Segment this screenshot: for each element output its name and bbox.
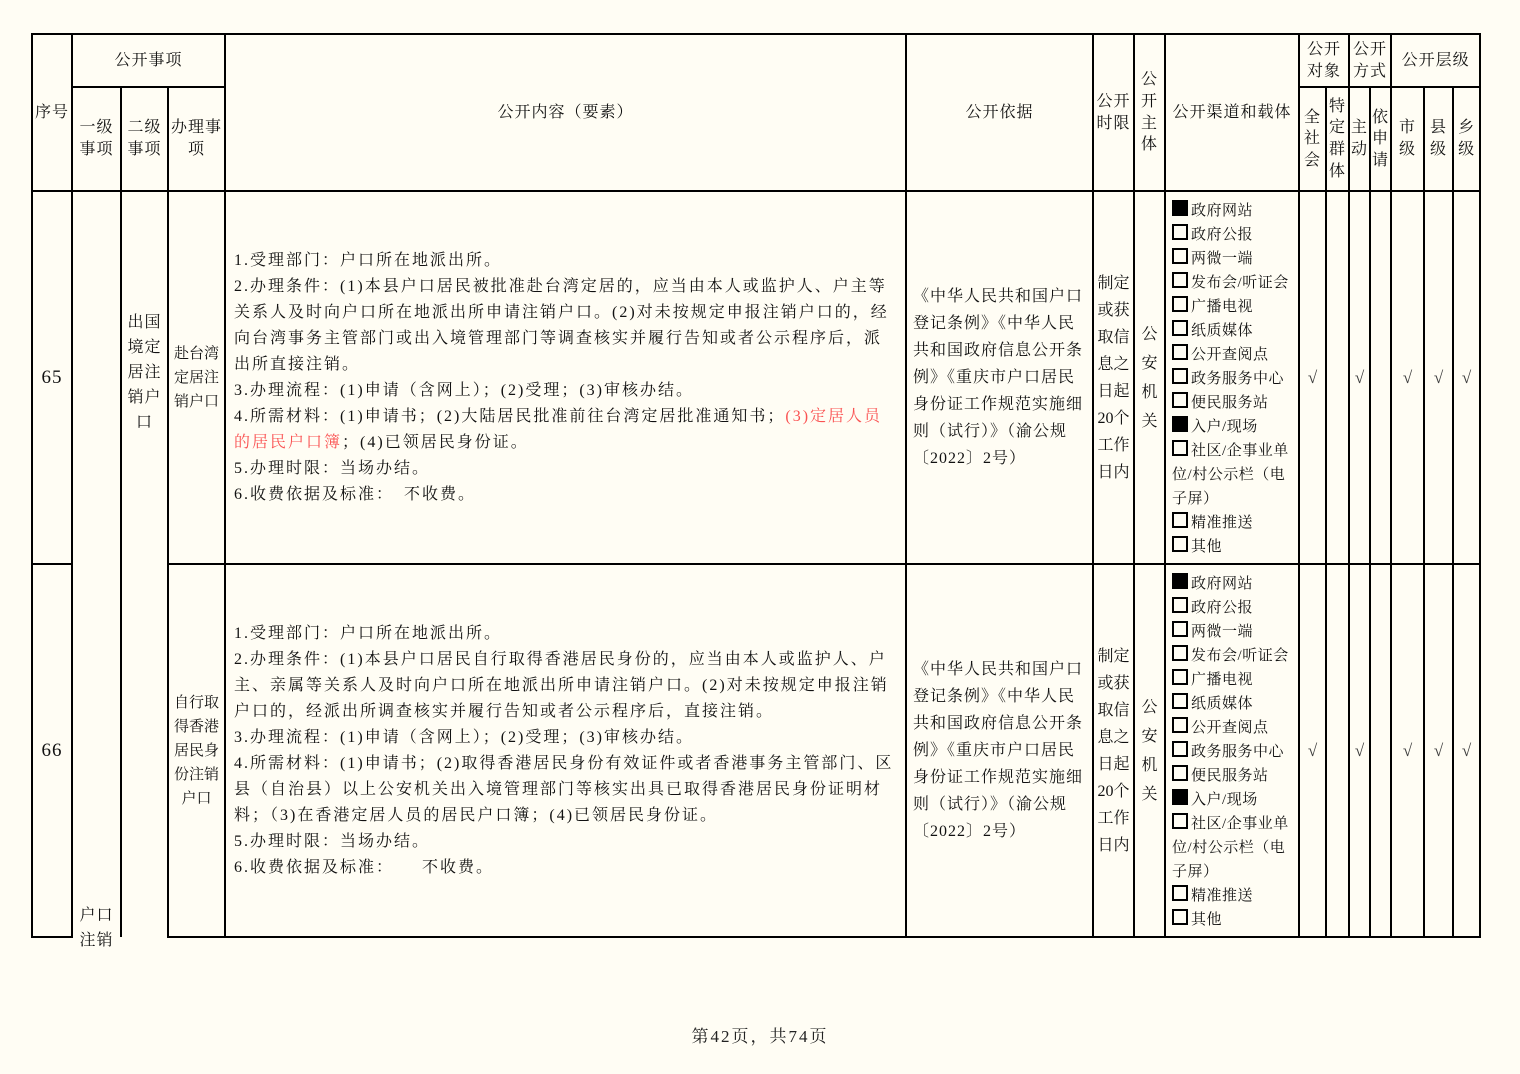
content-text: 1.受理部门：户口所在地派出所。: [234, 625, 502, 642]
col-header-qudao: 公开渠道和载体: [1165, 34, 1299, 191]
content-line: 5.办理时限：当场办结。: [234, 829, 897, 855]
content-text: 6.收费依据及标准： 不收费。: [234, 486, 476, 503]
channel-item: 政务服务中心: [1172, 740, 1295, 764]
channel-item: 两微一端: [1172, 620, 1295, 644]
cell-checkmark: √: [1349, 191, 1370, 564]
channel-item: 入户/现场: [1172, 415, 1295, 439]
cell-checkmark: [1370, 191, 1391, 564]
cell-checkmark: [1370, 564, 1391, 937]
checkbox-unchecked-icon: [1172, 296, 1188, 312]
channel-label: 社区/企事业单位/村公示栏（电子屏）: [1172, 443, 1289, 507]
cell-shixian: 制定或获取信息之日起20个工作日内: [1093, 564, 1134, 937]
cell-checkmark: √: [1391, 564, 1424, 937]
channel-label: 精准推送: [1191, 888, 1253, 904]
channel-item: 精准推送: [1172, 511, 1295, 535]
channel-item: 两微一端: [1172, 247, 1295, 271]
table-header: 序号 公开事项 公开内容（要素） 公开依据 公开时限 公开主体 公开渠道和载体 …: [32, 34, 1480, 191]
cell-checkmark: √: [1299, 564, 1326, 937]
cell-checkmark: √: [1349, 564, 1370, 937]
channel-item: 其他: [1172, 908, 1295, 932]
channel-item: 政务服务中心: [1172, 367, 1295, 391]
header-row-group: 序号 公开事项 公开内容（要素） 公开依据 公开时限 公开主体 公开渠道和载体 …: [32, 34, 1480, 87]
content-text: 3.办理流程：(1)申请（含网上）；(2)受理；(3)审核办结。: [234, 382, 694, 399]
channel-label: 广播电视: [1191, 672, 1253, 688]
content-line: 3.办理流程：(1)申请（含网上）；(2)受理；(3)审核办结。: [234, 378, 897, 404]
checkbox-unchecked-icon: [1172, 368, 1188, 384]
channel-item: 政府公报: [1172, 596, 1295, 620]
col-header-shiji: 市级: [1391, 87, 1424, 191]
content-text: 2.办理条件：(1)本县户口居民被批准赴台湾定居的，应当由本人或监护人、户主等关…: [234, 278, 889, 373]
content-text: 5.办理时限：当场办结。: [234, 460, 430, 477]
cell-banli: 赴台湾定居注销户口: [168, 191, 225, 564]
channel-label: 纸质媒体: [1191, 696, 1253, 712]
channel-item: 发布会/听证会: [1172, 644, 1295, 668]
content-text: 4.所需材料：(1)申请书；(2)取得香港居民身份有效证件或者香港事务主管部门、…: [234, 755, 893, 824]
col-header-yishenqing: 依申请: [1370, 87, 1391, 191]
channel-label: 两微一端: [1191, 624, 1253, 640]
channel-label: 发布会/听证会: [1191, 275, 1289, 291]
disclosure-table-sheet: 序号 公开事项 公开内容（要素） 公开依据 公开时限 公开主体 公开渠道和载体 …: [31, 33, 1481, 938]
channel-label: 精准推送: [1191, 515, 1253, 531]
checkbox-unchecked-icon: [1172, 741, 1188, 757]
content-line: 6.收费依据及标准： 不收费。: [234, 855, 897, 881]
checkbox-unchecked-icon: [1172, 320, 1188, 336]
col-header-yiji: 一级事项: [72, 87, 121, 191]
col-header-fangshi: 公开方式: [1349, 34, 1391, 87]
cell-content: 1.受理部门：户口所在地派出所。2.办理条件：(1)本县户口居民被批准赴台湾定居…: [225, 191, 906, 564]
channel-label: 公开查阅点: [1191, 347, 1269, 363]
content-line: 1.受理部门：户口所在地派出所。: [234, 248, 897, 274]
content-line: 4.所需材料：(1)申请书；(2)取得香港居民身份有效证件或者香港事务主管部门、…: [234, 751, 897, 829]
cell-erji-merged: 出国境定居注销户口: [121, 191, 168, 937]
content-text: 6.收费依据及标准： 不收费。: [234, 859, 494, 876]
col-header-teding: 特定群体: [1326, 87, 1349, 191]
col-header-xianji: 县级: [1424, 87, 1453, 191]
cell-content: 1.受理部门：户口所在地派出所。2.办理条件：(1)本县户口居民自行取得香港居民…: [225, 564, 906, 937]
channel-label: 政务服务中心: [1191, 371, 1284, 387]
cell-checkmark: √: [1391, 191, 1424, 564]
content-text: 2.办理条件：(1)本县户口居民自行取得香港居民身份的，应当由本人或监护人、户主…: [234, 651, 889, 720]
checkbox-unchecked-icon: [1172, 344, 1188, 360]
checkbox-unchecked-icon: [1172, 392, 1188, 408]
col-header-neirong: 公开内容（要素）: [225, 34, 906, 191]
disclosure-table: 序号 公开事项 公开内容（要素） 公开依据 公开时限 公开主体 公开渠道和载体 …: [31, 33, 1481, 938]
checkbox-unchecked-icon: [1172, 645, 1188, 661]
content-line: 5.办理时限：当场办结。: [234, 456, 897, 482]
col-header-shixian: 公开时限: [1093, 34, 1134, 191]
content-line: 2.办理条件：(1)本县户口居民被批准赴台湾定居的，应当由本人或监护人、户主等关…: [234, 274, 897, 378]
content-text: 5.办理时限：当场办结。: [234, 833, 430, 850]
col-header-banli: 办理事项: [168, 87, 225, 191]
channel-label: 政府网站: [1191, 203, 1253, 219]
channel-item: 便民服务站: [1172, 391, 1295, 415]
channel-label: 政务服务中心: [1191, 744, 1284, 760]
channel-item: 政府公报: [1172, 223, 1295, 247]
channel-label: 纸质媒体: [1191, 323, 1253, 339]
channel-label: 便民服务站: [1191, 768, 1269, 784]
content-text: 1.受理部门：户口所在地派出所。: [234, 252, 502, 269]
checkbox-checked-icon: [1172, 416, 1188, 432]
checkbox-unchecked-icon: [1172, 440, 1188, 456]
cell-banli: 自行取得香港居民身份注销户口: [168, 564, 225, 937]
checkbox-unchecked-icon: [1172, 909, 1188, 925]
channel-label: 政府公报: [1191, 600, 1253, 616]
col-header-erji: 二级事项: [121, 87, 168, 191]
channel-label: 广播电视: [1191, 299, 1253, 315]
table-row: 66自行取得香港居民身份注销户口1.受理部门：户口所在地派出所。2.办理条件：(…: [32, 564, 1480, 937]
cell-checkmark: √: [1453, 191, 1480, 564]
checkbox-checked-icon: [1172, 789, 1188, 805]
content-line: 4.所需材料：(1)申请书；(2)大陆居民批准前往台湾定居批准通知书；(3)定居…: [234, 404, 897, 456]
channel-label: 其他: [1191, 539, 1222, 555]
channel-label: 社区/企事业单位/村公示栏（电子屏）: [1172, 816, 1289, 880]
channel-item: 政府网站: [1172, 199, 1295, 223]
checkbox-unchecked-icon: [1172, 248, 1188, 264]
content-line: 6.收费依据及标准： 不收费。: [234, 482, 897, 508]
checkbox-unchecked-icon: [1172, 765, 1188, 781]
channel-label: 其他: [1191, 912, 1222, 928]
channel-item: 公开查阅点: [1172, 343, 1295, 367]
channel-item: 广播电视: [1172, 295, 1295, 319]
col-header-xuhao: 序号: [32, 34, 72, 191]
col-header-zhudong: 主动: [1349, 87, 1370, 191]
checkbox-unchecked-icon: [1172, 693, 1188, 709]
cell-checkmark: [1326, 564, 1349, 937]
cell-yiju: 《中华人民共和国户口登记条例》《中华人民共和国政府信息公开条例》《重庆市户口居民…: [906, 564, 1093, 937]
checkbox-checked-icon: [1172, 573, 1188, 589]
channel-label: 发布会/听证会: [1191, 648, 1289, 664]
content-text: 4.所需材料：(1)申请书；(2)大陆居民批准前往台湾定居批准通知书；: [234, 408, 785, 425]
channel-item: 广播电视: [1172, 668, 1295, 692]
channel-item: 公开查阅点: [1172, 716, 1295, 740]
col-header-duixiang: 公开对象: [1299, 34, 1349, 87]
cell-checkmark: √: [1299, 191, 1326, 564]
channel-item: 纸质媒体: [1172, 319, 1295, 343]
cell-xuhao: 65: [32, 191, 72, 564]
checkbox-unchecked-icon: [1172, 272, 1188, 288]
checkbox-unchecked-icon: [1172, 813, 1188, 829]
cell-qudao: 政府网站政府公报两微一端发布会/听证会广播电视纸质媒体公开查阅点政务服务中心便民…: [1165, 191, 1299, 564]
merged-yiji-label: 户口注销: [73, 903, 120, 953]
col-header-gongkai-shixiang: 公开事项: [72, 34, 225, 87]
channel-item: 其他: [1172, 535, 1295, 559]
channel-item: 精准推送: [1172, 884, 1295, 908]
channel-item: 便民服务站: [1172, 764, 1295, 788]
col-header-yiju: 公开依据: [906, 34, 1093, 191]
cell-checkmark: √: [1424, 191, 1453, 564]
checkbox-unchecked-icon: [1172, 512, 1188, 528]
col-header-quanshehui: 全社会: [1299, 87, 1326, 191]
checkbox-unchecked-icon: [1172, 621, 1188, 637]
channel-item: 纸质媒体: [1172, 692, 1295, 716]
channel-label: 便民服务站: [1191, 395, 1269, 411]
channel-label: 入户/现场: [1191, 419, 1258, 435]
cell-yiji-merged: 户口注销: [72, 191, 121, 937]
channel-item: 入户/现场: [1172, 788, 1295, 812]
channel-label: 两微一端: [1191, 251, 1253, 267]
cell-zhuti: 公安机关: [1134, 191, 1165, 564]
cell-xuhao: 66: [32, 564, 72, 937]
col-header-cengji: 公开层级: [1391, 34, 1480, 87]
page-footer: 第42页，共74页: [0, 1022, 1520, 1047]
table-row: 65户口注销出国境定居注销户口赴台湾定居注销户口1.受理部门：户口所在地派出所。…: [32, 191, 1480, 564]
checkbox-checked-icon: [1172, 200, 1188, 216]
cell-checkmark: √: [1424, 564, 1453, 937]
cell-qudao: 政府网站政府公报两微一端发布会/听证会广播电视纸质媒体公开查阅点政务服务中心便民…: [1165, 564, 1299, 937]
cell-shixian: 制定或获取信息之日起20个工作日内: [1093, 191, 1134, 564]
col-header-zhuti: 公开主体: [1134, 34, 1165, 191]
cell-checkmark: √: [1453, 564, 1480, 937]
checkbox-unchecked-icon: [1172, 717, 1188, 733]
channel-label: 政府公报: [1191, 227, 1253, 243]
checkbox-unchecked-icon: [1172, 224, 1188, 240]
cell-checkmark: [1326, 191, 1349, 564]
checkbox-unchecked-icon: [1172, 669, 1188, 685]
channel-label: 政府网站: [1191, 576, 1253, 592]
col-header-xiangji: 乡级: [1453, 87, 1480, 191]
channel-item: 政府网站: [1172, 572, 1295, 596]
table-body: 65户口注销出国境定居注销户口赴台湾定居注销户口1.受理部门：户口所在地派出所。…: [32, 191, 1480, 937]
content-text: 3.办理流程：(1)申请（含网上）；(2)受理；(3)审核办结。: [234, 729, 694, 746]
channel-item: 社区/企事业单位/村公示栏（电子屏）: [1172, 439, 1295, 511]
channel-item: 社区/企事业单位/村公示栏（电子屏）: [1172, 812, 1295, 884]
checkbox-unchecked-icon: [1172, 885, 1188, 901]
cell-zhuti: 公安机关: [1134, 564, 1165, 937]
cell-yiju: 《中华人民共和国户口登记条例》《中华人民共和国政府信息公开条例》《重庆市户口居民…: [906, 191, 1093, 564]
checkbox-unchecked-icon: [1172, 597, 1188, 613]
checkbox-unchecked-icon: [1172, 536, 1188, 552]
content-text: ；(4)已领居民身份证。: [342, 434, 529, 451]
content-line: 2.办理条件：(1)本县户口居民自行取得香港居民身份的，应当由本人或监护人、户主…: [234, 647, 897, 725]
content-line: 3.办理流程：(1)申请（含网上）；(2)受理；(3)审核办结。: [234, 725, 897, 751]
channel-label: 入户/现场: [1191, 792, 1258, 808]
channel-item: 发布会/听证会: [1172, 271, 1295, 295]
channel-label: 公开查阅点: [1191, 720, 1269, 736]
content-line: 1.受理部门：户口所在地派出所。: [234, 621, 897, 647]
